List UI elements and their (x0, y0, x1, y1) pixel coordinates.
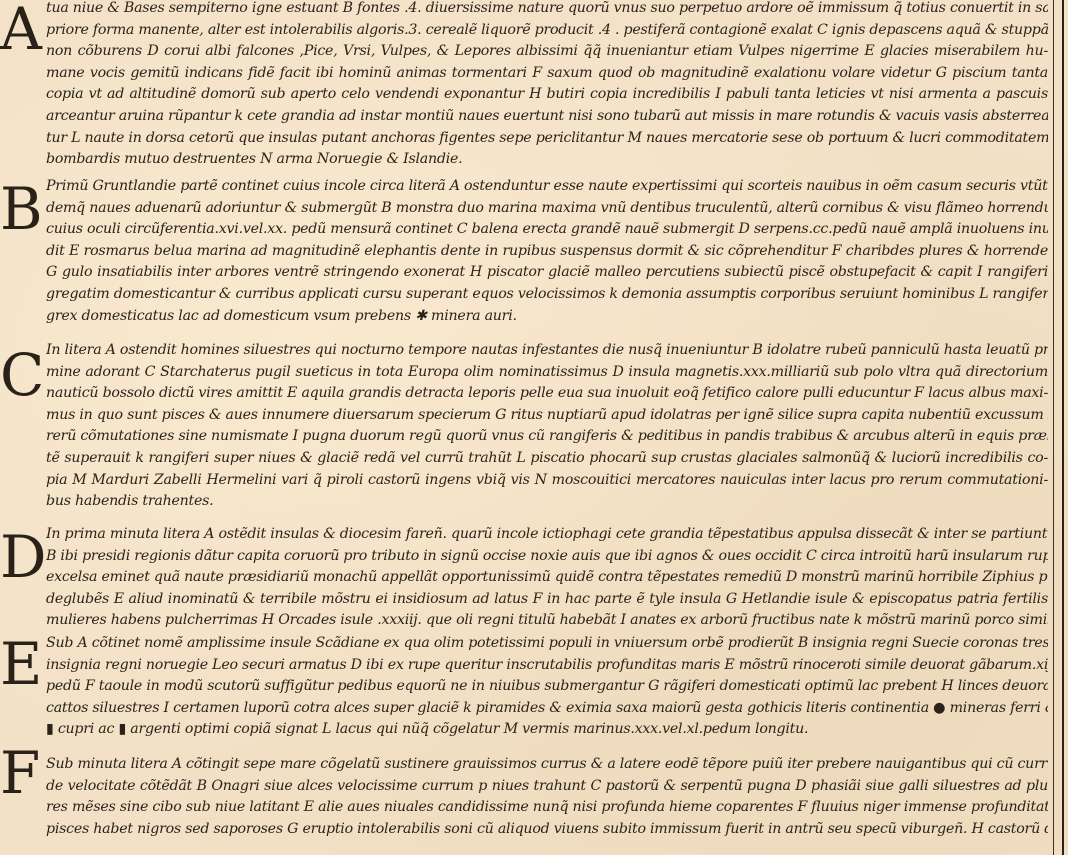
section-initial-f: F (0, 744, 40, 802)
section-initial-a: A (0, 0, 40, 58)
text-line: pisces habet nigros sed saporoses G erup… (46, 819, 1048, 841)
text-line: pia M Marduri Zabelli Hermelini vari q̃ … (46, 470, 1048, 492)
section-f-text: Sub minuta litera A cõtingit sepe mare c… (46, 754, 1048, 840)
section-initial-b: B (0, 180, 40, 238)
section-a-text: tua niue & Bases sempiterno igne estuant… (46, 0, 1048, 171)
text-line: In prima minuta litera A ostẽdit insulas… (46, 524, 1048, 546)
text-line: In litera A ostendit homines siluestres … (46, 340, 1048, 362)
text-line: tẽ superauit k rangiferi super niues & g… (46, 448, 1048, 470)
section-initial-c: C (0, 346, 40, 404)
text-line: B ibi presidi regionis dãtur capita coru… (46, 546, 1048, 568)
text-line: arceantur aruina rũpantur k cete grandia… (46, 106, 1048, 128)
text-line: cuius oculi circũferentia.xvi.vel.xx. pe… (46, 219, 1048, 241)
scanned-page: A tua niue & Bases sempiterno igne estua… (0, 0, 1068, 855)
text-line: insignia regni noruegie Leo securi armat… (46, 655, 1048, 677)
text-line: G gulo insatiabilis inter arbores ventrẽ… (46, 262, 1048, 284)
page-border-inner-rule (1053, 0, 1054, 855)
text-line: priore forma manente, alter est intolera… (46, 20, 1048, 42)
text-line: bombardis mutuo destruentes N arma Norue… (46, 149, 1048, 171)
text-line: Primũ Gruntlandie partẽ continet cuius i… (46, 176, 1048, 198)
text-line: gregatim domesticantur & curribus applic… (46, 284, 1048, 306)
section-initial-e: E (0, 635, 40, 693)
text-line: Sub A cõtinet nomẽ amplissime insule Scã… (46, 633, 1048, 655)
text-line: mine adorant C Starchaterus pugil suetic… (46, 362, 1048, 384)
text-line: tur L naute in dorsa cetorũ que insulas … (46, 128, 1048, 150)
text-line: de velocitate cõtẽdãt B Onagri siue alce… (46, 776, 1048, 798)
section-b-text: Primũ Gruntlandie partẽ continet cuius i… (46, 176, 1048, 327)
section-initial-d: D (0, 528, 40, 586)
text-line: excelsa eminet quã naute præsidiariũ mon… (46, 567, 1048, 589)
text-line: mane vocis gemitũ indicans fidẽ facit ib… (46, 63, 1048, 85)
section-d-text: In prima minuta litera A ostẽdit insulas… (46, 524, 1048, 632)
text-line: copia vt ad altitudinẽ domorũ sub aperto… (46, 84, 1048, 106)
text-line: tua niue & Bases sempiterno igne estuant… (46, 0, 1048, 20)
text-line: pedũ F taoule in modũ scutorũ suffigũtur… (46, 676, 1048, 698)
text-line: dit E rosmarus belua marina ad magnitudi… (46, 241, 1048, 263)
text-line: ▮ cupri ac ▮ argenti optimi copiã signat… (46, 719, 1048, 741)
text-line: bus habendis trahentes. (46, 491, 1048, 513)
text-line: mulieres habens pulcherrimas H Orcades i… (46, 610, 1048, 632)
section-e-text: Sub A cõtinet nomẽ amplissime insule Scã… (46, 633, 1048, 741)
text-line: demq̃ naues aduenarũ adoriuntur & submer… (46, 198, 1048, 220)
text-line: mus in quo sunt pisces & aues innumere d… (46, 405, 1048, 427)
text-line: Sub minuta litera A cõtingit sepe mare c… (46, 754, 1048, 776)
text-line: res mẽses sine cibo sub niue latitant E … (46, 797, 1048, 819)
text-line: nauticũ bossolo dictũ vires amittit E aq… (46, 383, 1048, 405)
text-line: deglubẽs E aliud inominatũ & terribile m… (46, 589, 1048, 611)
text-line: rerũ cõmutationes sine numismate I pugna… (46, 426, 1048, 448)
section-c-text: In litera A ostendit homines siluestres … (46, 340, 1048, 513)
text-line: cattos siluestres I certamen luporũ cotr… (46, 698, 1048, 720)
page-border-outer-rule (1062, 0, 1064, 855)
text-line: non cõburens D corui albi falcones ,Pice… (46, 41, 1048, 63)
text-line: grex domesticatus lac ad domesticum vsum… (46, 306, 1048, 328)
